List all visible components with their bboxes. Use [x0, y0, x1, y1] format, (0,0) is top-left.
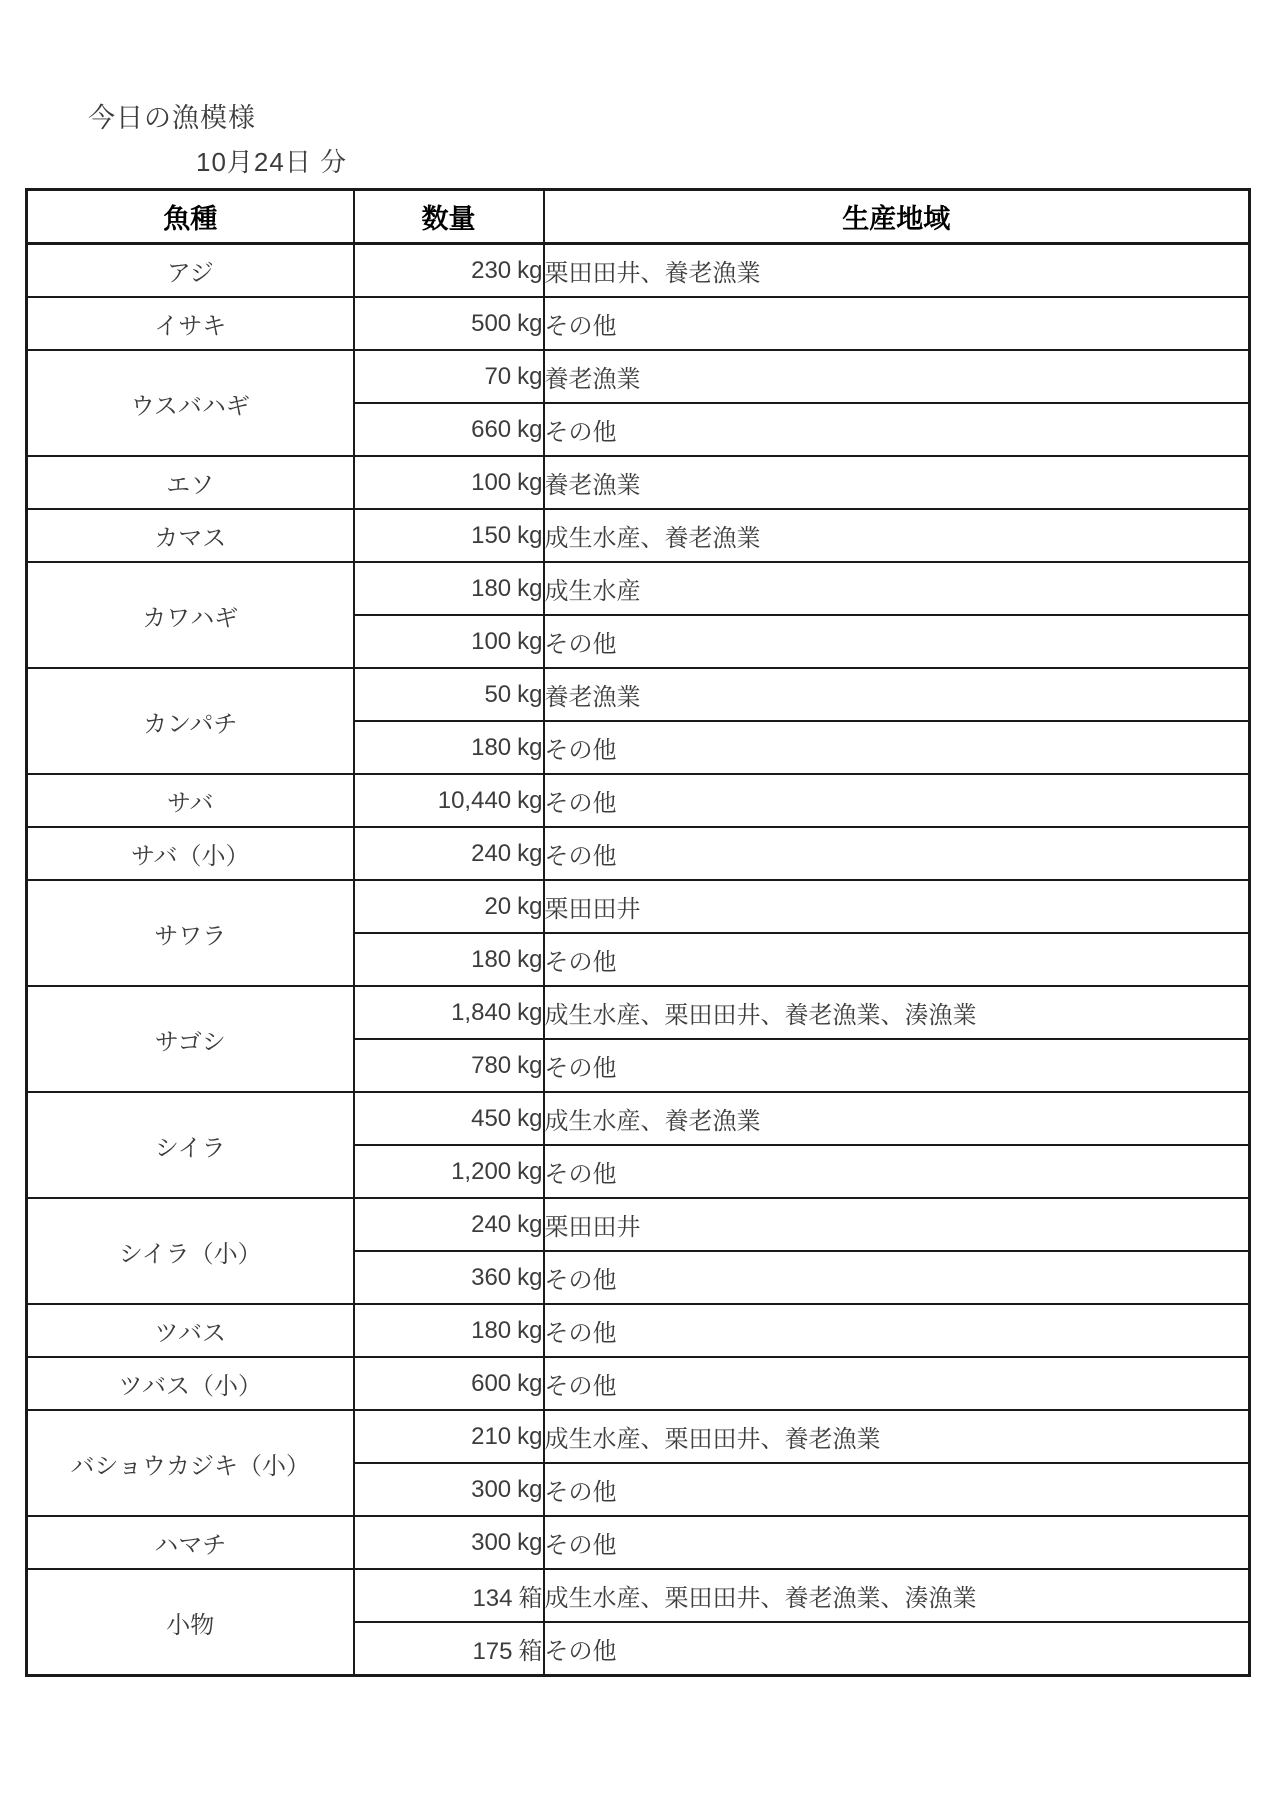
- quantity-unit: kg: [517, 1264, 542, 1291]
- region-cell: 栗田田井: [544, 1198, 1250, 1251]
- species-cell: アジ: [27, 244, 354, 298]
- quantity-cell: 500kg: [354, 297, 544, 350]
- quantity-unit: kg: [517, 1370, 542, 1397]
- table-row: 小物134箱成生水産、栗田田井、養老漁業、湊漁業: [27, 1569, 1250, 1622]
- quantity-unit: kg: [517, 310, 542, 337]
- table-row: サゴシ1,840kg成生水産、栗田田井、養老漁業、湊漁業: [27, 986, 1250, 1039]
- quantity-cell: 180kg: [354, 721, 544, 774]
- catch-table: 魚種 数量 生産地域 アジ230kg栗田田井、養老漁業イサキ500kgその他ウス…: [25, 188, 1251, 1677]
- quantity-cell: 300kg: [354, 1516, 544, 1569]
- table-row: サワラ20kg栗田田井: [27, 880, 1250, 933]
- region-cell: その他: [544, 1304, 1250, 1357]
- quantity-unit: kg: [517, 1052, 542, 1079]
- species-cell: カワハギ: [27, 562, 354, 668]
- quantity-cell: 150kg: [354, 509, 544, 562]
- quantity-value: 175: [472, 1638, 512, 1665]
- catch-table-header: 魚種 数量 生産地域: [27, 190, 1250, 244]
- quantity-value: 20: [484, 893, 511, 920]
- quantity-value: 300: [471, 1476, 511, 1503]
- quantity-cell: 300kg: [354, 1463, 544, 1516]
- quantity-cell: 100kg: [354, 615, 544, 668]
- region-cell: その他: [544, 1516, 1250, 1569]
- quantity-unit: 箱: [519, 1585, 543, 1612]
- region-cell: 養老漁業: [544, 668, 1250, 721]
- species-cell: サバ: [27, 774, 354, 827]
- quantity-cell: 450kg: [354, 1092, 544, 1145]
- table-row: ウスバハギ70kg養老漁業: [27, 350, 1250, 403]
- quantity-cell: 134箱: [354, 1569, 544, 1622]
- header-row: 魚種 数量 生産地域: [27, 190, 1250, 244]
- quantity-unit: kg: [517, 840, 542, 867]
- region-cell: その他: [544, 297, 1250, 350]
- species-cell: サワラ: [27, 880, 354, 986]
- table-row: バショウカジキ（小）210kg成生水産、栗田田井、養老漁業: [27, 1410, 1250, 1463]
- quantity-unit: kg: [517, 1105, 542, 1132]
- quantity-cell: 600kg: [354, 1357, 544, 1410]
- date-line: 10月24日 分: [196, 146, 347, 178]
- region-cell: その他: [544, 774, 1250, 827]
- quantity-cell: 180kg: [354, 562, 544, 615]
- species-cell: バショウカジキ（小）: [27, 1410, 354, 1516]
- quantity-value: 1,840: [451, 999, 511, 1026]
- table-row: シイラ450kg成生水産、養老漁業: [27, 1092, 1250, 1145]
- quantity-unit: kg: [517, 575, 542, 602]
- region-cell: その他: [544, 827, 1250, 880]
- catch-table-body: アジ230kg栗田田井、養老漁業イサキ500kgその他ウスバハギ70kg養老漁業…: [27, 244, 1250, 1676]
- quantity-unit: kg: [517, 363, 542, 390]
- species-cell: エソ: [27, 456, 354, 509]
- species-cell: シイラ: [27, 1092, 354, 1198]
- species-cell: ハマチ: [27, 1516, 354, 1569]
- quantity-cell: 10,440kg: [354, 774, 544, 827]
- quantity-value: 180: [471, 734, 511, 761]
- region-cell: その他: [544, 1622, 1250, 1676]
- table-row: シイラ（小）240kg栗田田井: [27, 1198, 1250, 1251]
- quantity-value: 210: [471, 1423, 511, 1450]
- quantity-value: 780: [471, 1052, 511, 1079]
- region-cell: その他: [544, 1039, 1250, 1092]
- region-cell: その他: [544, 1463, 1250, 1516]
- document-page: { "colors":{ "background":"#ffffff", "te…: [0, 0, 1273, 1800]
- quantity-value: 10,440: [438, 787, 511, 814]
- region-cell: 成生水産、養老漁業: [544, 509, 1250, 562]
- region-cell: その他: [544, 1357, 1250, 1410]
- quantity-value: 180: [471, 946, 511, 973]
- region-cell: その他: [544, 1251, 1250, 1304]
- region-cell: 栗田田井、養老漁業: [544, 244, 1250, 298]
- quantity-unit: kg: [517, 1529, 542, 1556]
- quantity-cell: 100kg: [354, 456, 544, 509]
- quantity-cell: 50kg: [354, 668, 544, 721]
- quantity-cell: 175箱: [354, 1622, 544, 1676]
- species-cell: サゴシ: [27, 986, 354, 1092]
- quantity-unit: kg: [517, 1317, 542, 1344]
- quantity-cell: 660kg: [354, 403, 544, 456]
- quantity-value: 100: [471, 628, 511, 655]
- quantity-cell: 210kg: [354, 1410, 544, 1463]
- table-row: ツバス180kgその他: [27, 1304, 1250, 1357]
- quantity-unit: kg: [517, 1423, 542, 1450]
- quantity-cell: 180kg: [354, 933, 544, 986]
- table-row: ハマチ300kgその他: [27, 1516, 1250, 1569]
- quantity-value: 450: [471, 1105, 511, 1132]
- quantity-value: 500: [471, 310, 511, 337]
- quantity-cell: 240kg: [354, 827, 544, 880]
- quantity-unit: kg: [517, 734, 542, 761]
- quantity-value: 230: [471, 257, 511, 284]
- page-title: 今日の漁模様: [88, 102, 256, 134]
- quantity-unit: kg: [517, 257, 542, 284]
- species-cell: ウスバハギ: [27, 350, 354, 456]
- quantity-value: 50: [484, 681, 511, 708]
- table-row: ツバス（小）600kgその他: [27, 1357, 1250, 1410]
- region-cell: その他: [544, 403, 1250, 456]
- table-row: エソ100kg養老漁業: [27, 456, 1250, 509]
- table-row: サバ（小）240kgその他: [27, 827, 1250, 880]
- quantity-unit: kg: [517, 628, 542, 655]
- species-cell: 小物: [27, 1569, 354, 1676]
- quantity-unit: kg: [517, 469, 542, 496]
- header-species: 魚種: [27, 190, 354, 244]
- species-cell: イサキ: [27, 297, 354, 350]
- quantity-unit: kg: [517, 681, 542, 708]
- quantity-value: 240: [471, 840, 511, 867]
- quantity-value: 70: [484, 363, 511, 390]
- quantity-value: 660: [471, 416, 511, 443]
- region-cell: 成生水産: [544, 562, 1250, 615]
- quantity-unit: 箱: [519, 1638, 543, 1665]
- quantity-value: 300: [471, 1529, 511, 1556]
- quantity-cell: 1,840kg: [354, 986, 544, 1039]
- region-cell: 成生水産、栗田田井、養老漁業: [544, 1410, 1250, 1463]
- quantity-value: 100: [471, 469, 511, 496]
- quantity-value: 1,200: [451, 1158, 511, 1185]
- table-row: アジ230kg栗田田井、養老漁業: [27, 244, 1250, 298]
- species-cell: カンパチ: [27, 668, 354, 774]
- quantity-unit: kg: [517, 999, 542, 1026]
- quantity-cell: 780kg: [354, 1039, 544, 1092]
- quantity-cell: 240kg: [354, 1198, 544, 1251]
- quantity-unit: kg: [517, 1476, 542, 1503]
- table-row: イサキ500kgその他: [27, 297, 1250, 350]
- species-cell: シイラ（小）: [27, 1198, 354, 1304]
- quantity-unit: kg: [517, 1158, 542, 1185]
- species-cell: サバ（小）: [27, 827, 354, 880]
- species-cell: ツバス（小）: [27, 1357, 354, 1410]
- table-row: カンパチ50kg養老漁業: [27, 668, 1250, 721]
- quantity-value: 360: [471, 1264, 511, 1291]
- table-row: カワハギ180kg成生水産: [27, 562, 1250, 615]
- region-cell: 養老漁業: [544, 456, 1250, 509]
- region-cell: 成生水産、栗田田井、養老漁業、湊漁業: [544, 1569, 1250, 1622]
- region-cell: その他: [544, 1145, 1250, 1198]
- quantity-value: 180: [471, 1317, 511, 1344]
- quantity-unit: kg: [517, 1211, 542, 1238]
- region-cell: その他: [544, 933, 1250, 986]
- quantity-cell: 70kg: [354, 350, 544, 403]
- region-cell: 成生水産、養老漁業: [544, 1092, 1250, 1145]
- quantity-unit: kg: [517, 946, 542, 973]
- region-cell: その他: [544, 615, 1250, 668]
- region-cell: 養老漁業: [544, 350, 1250, 403]
- table-row: カマス150kg成生水産、養老漁業: [27, 509, 1250, 562]
- quantity-unit: kg: [517, 893, 542, 920]
- header-quantity: 数量: [354, 190, 544, 244]
- quantity-cell: 20kg: [354, 880, 544, 933]
- species-cell: カマス: [27, 509, 354, 562]
- quantity-value: 180: [471, 575, 511, 602]
- species-cell: ツバス: [27, 1304, 354, 1357]
- region-cell: 栗田田井: [544, 880, 1250, 933]
- quantity-cell: 360kg: [354, 1251, 544, 1304]
- quantity-cell: 180kg: [354, 1304, 544, 1357]
- quantity-value: 134: [472, 1585, 512, 1612]
- quantity-unit: kg: [517, 787, 542, 814]
- table-row: サバ10,440kgその他: [27, 774, 1250, 827]
- quantity-value: 150: [471, 522, 511, 549]
- quantity-cell: 230kg: [354, 244, 544, 298]
- region-cell: その他: [544, 721, 1250, 774]
- quantity-cell: 1,200kg: [354, 1145, 544, 1198]
- header-region: 生産地域: [544, 190, 1250, 244]
- region-cell: 成生水産、栗田田井、養老漁業、湊漁業: [544, 986, 1250, 1039]
- quantity-value: 600: [471, 1370, 511, 1397]
- quantity-unit: kg: [517, 522, 542, 549]
- quantity-unit: kg: [517, 416, 542, 443]
- quantity-value: 240: [471, 1211, 511, 1238]
